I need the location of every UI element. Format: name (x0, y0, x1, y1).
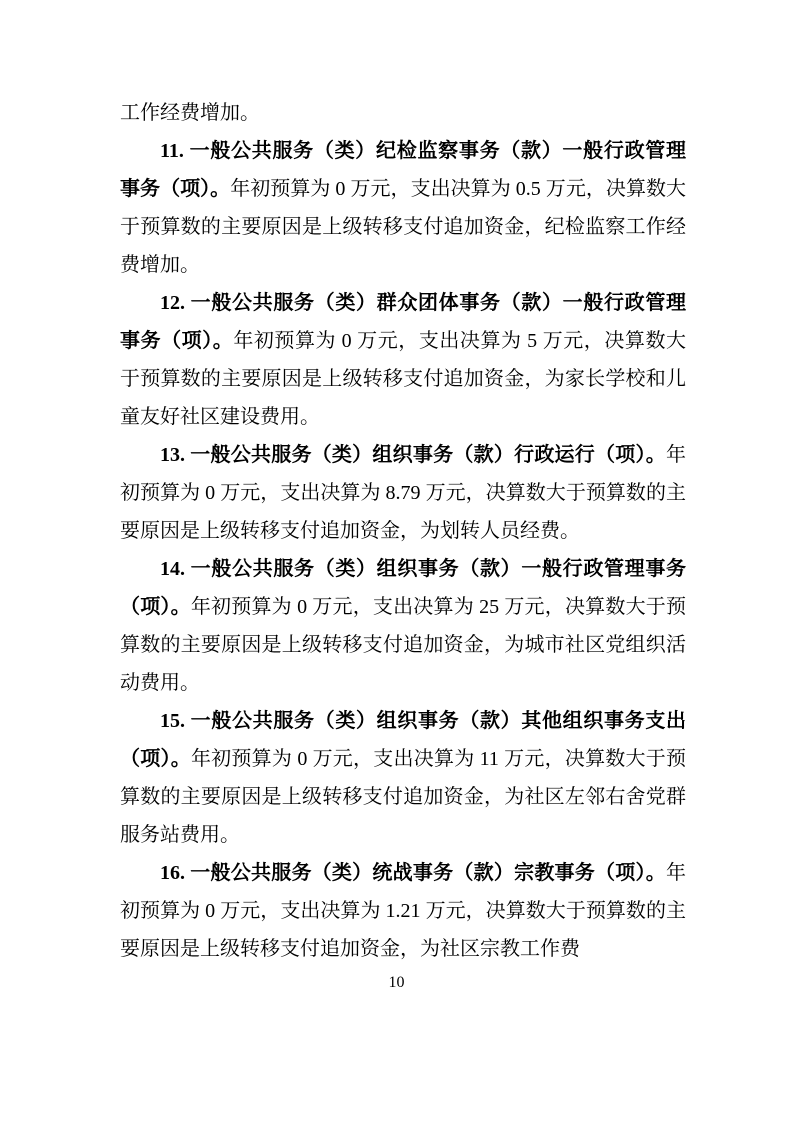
document-page: 工作经费增加。 11. 一般公共服务（类）纪检监察事务（款）一般行政管理事务（项… (0, 0, 793, 1122)
item-13-heading: 13. 一般公共服务（类）组织事务（款）行政运行（项）。 (160, 444, 666, 466)
document-body: 工作经费增加。 11. 一般公共服务（类）纪检监察事务（款）一般行政管理事务（项… (120, 94, 686, 968)
paragraph-continuation-text: 工作经费增加。 (120, 102, 260, 124)
item-14-body: 年初预算为 0 万元，支出决算为 25 万元，决算数大于预算数的主要原因是上级转… (120, 596, 686, 694)
page-number: 10 (0, 972, 793, 994)
paragraph-item-13: 13. 一般公共服务（类）组织事务（款）行政运行（项）。年初预算为 0 万元，支… (120, 436, 686, 550)
paragraph-item-12: 12. 一般公共服务（类）群众团体事务（款）一般行政管理事务（项）。年初预算为 … (120, 284, 686, 436)
paragraph-item-15: 15. 一般公共服务（类）组织事务（款）其他组织事务支出（项）。年初预算为 0 … (120, 702, 686, 854)
paragraph-item-16: 16. 一般公共服务（类）统战事务（款）宗教事务（项）。年初预算为 0 万元，支… (120, 854, 686, 968)
paragraph-item-14: 14. 一般公共服务（类）组织事务（款）一般行政管理事务（项）。年初预算为 0 … (120, 550, 686, 702)
item-16-heading: 16. 一般公共服务（类）统战事务（款）宗教事务（项）。 (160, 862, 666, 884)
paragraph-continuation: 工作经费增加。 (120, 94, 686, 132)
item-15-body: 年初预算为 0 万元，支出决算为 11 万元，决算数大于预算数的主要原因是上级转… (120, 748, 686, 846)
paragraph-item-11: 11. 一般公共服务（类）纪检监察事务（款）一般行政管理事务（项）。年初预算为 … (120, 132, 686, 284)
